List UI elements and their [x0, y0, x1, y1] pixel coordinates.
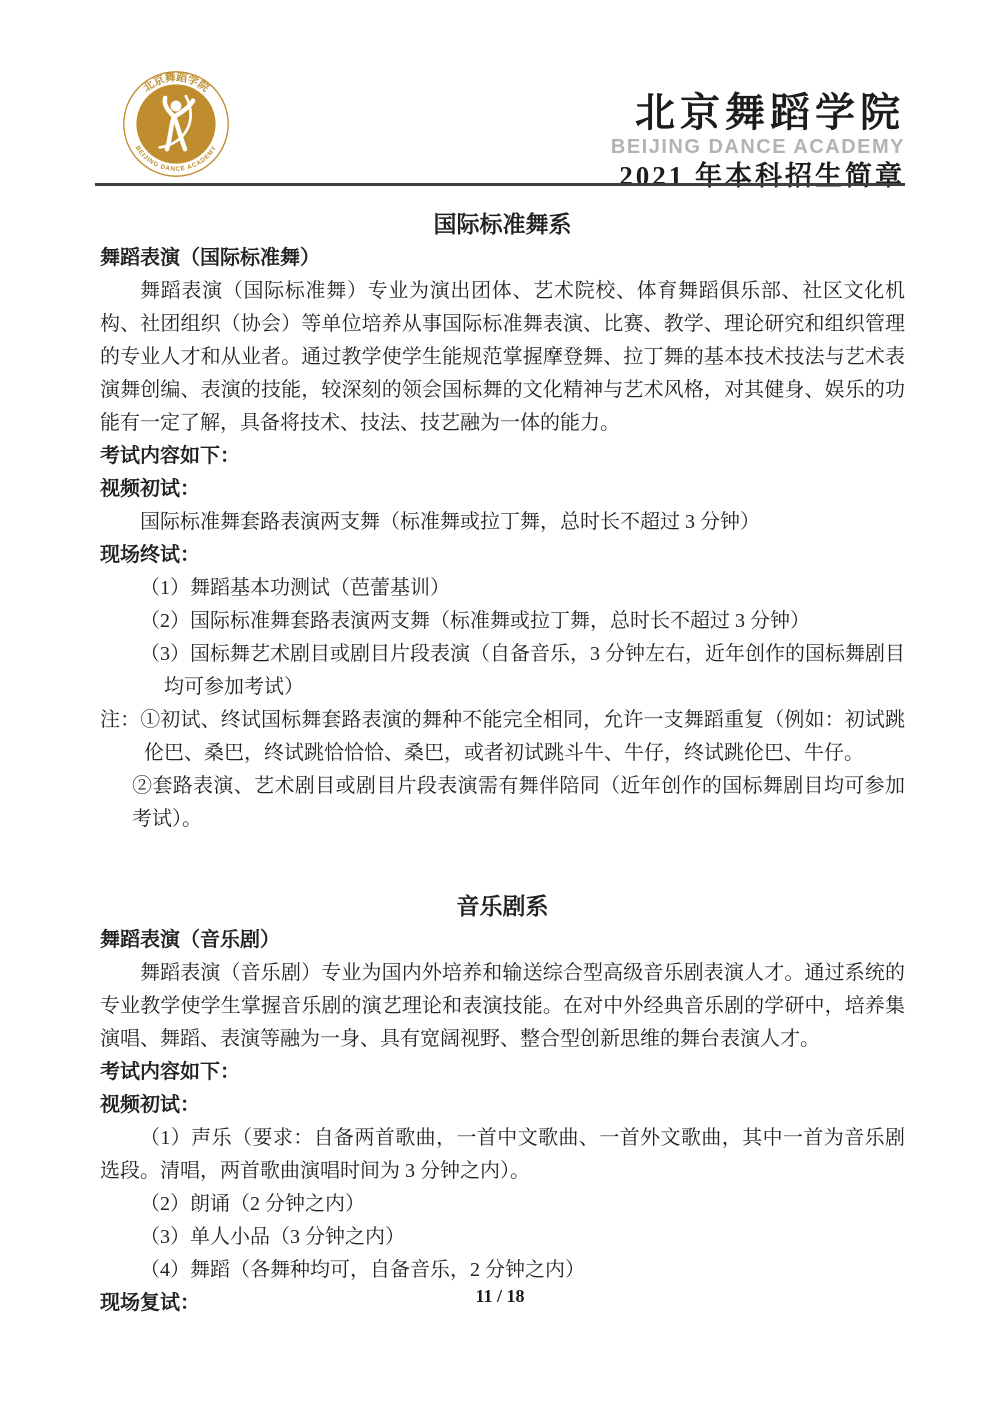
section-musical-theatre: 音乐剧系 舞蹈表演（音乐剧） 舞蹈表演（音乐剧）专业为国内外培养和输送综合型高级… — [100, 888, 905, 1320]
exam-item: （2）国际标准舞套路表演两支舞（标准舞或拉丁舞，总时长不超过 3 分钟） — [100, 605, 905, 638]
exam-item: （1）声乐（要求：自备两首歌曲，一首中文歌曲、一首外文歌曲，其中一首为音乐剧选段… — [100, 1122, 905, 1188]
exam-item: （2）朗诵（2 分钟之内） — [100, 1188, 905, 1221]
section-title: 音乐剧系 — [100, 888, 905, 924]
exam-item: 国际标准舞套路表演两支舞（标准舞或拉丁舞，总时长不超过 3 分钟） — [100, 506, 905, 539]
round-label-onsite-final: 现场终试： — [100, 539, 905, 572]
program-heading: 舞蹈表演（国际标准舞） — [100, 242, 905, 275]
exam-content-label: 考试内容如下： — [100, 1056, 905, 1089]
exam-item: （1）舞蹈基本功测试（芭蕾基训） — [100, 572, 905, 605]
document-body: 国际标准舞系 舞蹈表演（国际标准舞） 舞蹈表演（国际标准舞）专业为演出团体、艺术… — [100, 206, 905, 1320]
round-label-video-preliminary: 视频初试： — [100, 1089, 905, 1122]
note-item: ②套路表演、艺术剧目或剧目片段表演需有舞伴陪同（近年创作的国标舞剧目均可参加考试… — [132, 770, 905, 836]
note-item: 注：①初试、终试国标舞套路表演的舞种不能完全相同，允许一支舞蹈重复（例如：初试跳… — [100, 704, 905, 770]
brochure-subtitle: 2021 年本科招生简章 — [611, 160, 905, 192]
academy-name-en: BEIJING DANCE ACADEMY — [611, 136, 905, 158]
section-title: 国际标准舞系 — [100, 206, 905, 242]
exam-item: （3）国标舞艺术剧目或剧目片段表演（自备音乐，3 分钟左右，近年创作的国标舞剧目… — [100, 638, 905, 704]
exam-item: （3）单人小品（3 分钟之内） — [100, 1221, 905, 1254]
page-number: 11 / 18 — [0, 1286, 1000, 1307]
program-heading: 舞蹈表演（音乐剧） — [100, 924, 905, 957]
exam-content-label: 考试内容如下： — [100, 440, 905, 473]
section-international-standard-dance: 国际标准舞系 舞蹈表演（国际标准舞） 舞蹈表演（国际标准舞）专业为演出团体、艺术… — [100, 206, 905, 836]
program-intro-paragraph: 舞蹈表演（音乐剧）专业为国内外培养和输送综合型高级音乐剧表演人才。通过系统的专业… — [100, 957, 905, 1056]
masthead: 北京舞蹈学院 BEIJING DANCE ACADEMY 2021 年本科招生简… — [611, 90, 905, 192]
academy-seal-logo-icon: 北京舞蹈学院 BEIJING DANCE ACADEMY — [122, 70, 230, 178]
round-label-video-preliminary: 视频初试： — [100, 473, 905, 506]
exam-item: （4）舞蹈（各舞种均可，自备音乐，2 分钟之内） — [100, 1254, 905, 1287]
program-intro-paragraph: 舞蹈表演（国际标准舞）专业为演出团体、艺术院校、体育舞蹈俱乐部、社区文化机构、社… — [100, 275, 905, 440]
header-divider — [95, 183, 905, 186]
academy-name-cn: 北京舞蹈学院 — [611, 90, 905, 136]
